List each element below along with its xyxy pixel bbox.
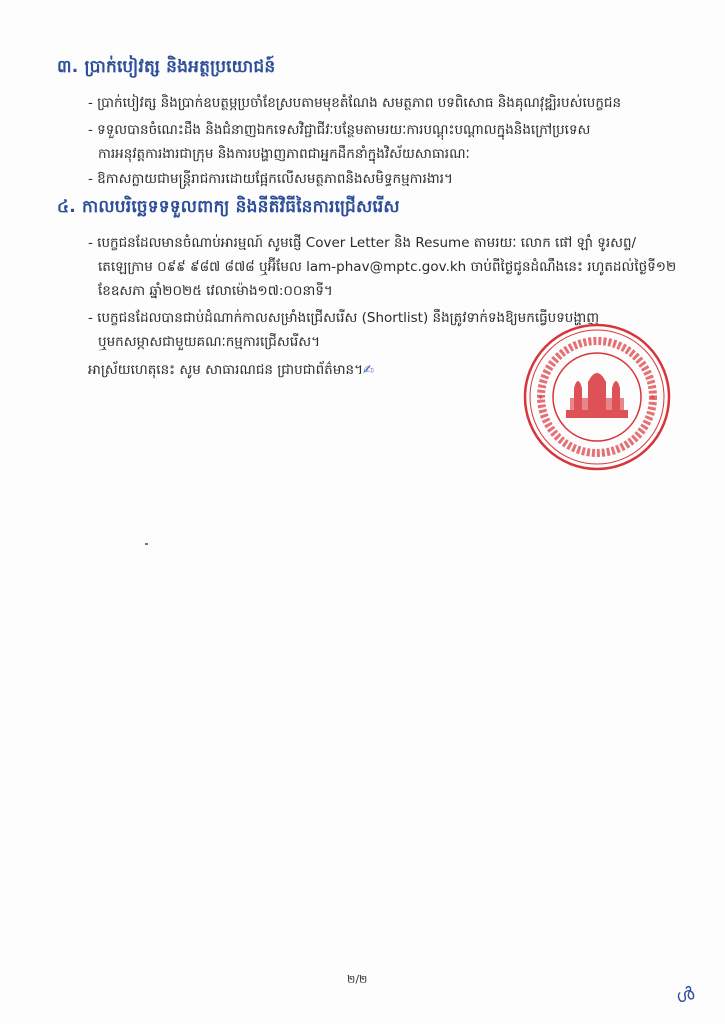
section-4-bullet-continued: ឬមកសម្ភាសជាមួយគណៈកម្មការជ្រើសរើស។ xyxy=(98,333,320,353)
section-3-bullet: - ទទួលបានចំណេះដឹង និងជំនាញឯកទេសវិជ្ជាជីវ… xyxy=(88,121,590,141)
section-3-heading: ៣. ប្រាក់បៀវត្ស និងអត្ថប្រយោជន៍ xyxy=(57,56,275,81)
signature-mark-icon: ✍ xyxy=(363,363,374,378)
page-number: ២/២ xyxy=(347,973,367,989)
section-3-bullet: - ប្រាក់បៀវត្ស និងប្រាក់ឧបត្ថម្ភប្រចាំខែ… xyxy=(88,94,621,114)
closing-text: អាស្រ័យហេតុនេះ សូម សាធារណជន ជ្រាបជាព័ត៌ម… xyxy=(88,362,363,378)
official-stamp-icon: * * xyxy=(522,322,672,472)
svg-text:*: * xyxy=(538,394,543,405)
section-4-bullet-continued: តេឡេក្រាម ០៩៩ ៩៨៧ ៨៧៨ ឬអ៊ីមែល lam-phav@m… xyxy=(98,258,676,278)
document-page: ៣. ប្រាក់បៀវត្ស និងអត្ថប្រយោជន៍ - ប្រាក់… xyxy=(0,0,725,1024)
closing-statement: អាស្រ័យហេតុនេះ សូម សាធារណជន ជ្រាបជាព័ត៌ម… xyxy=(88,361,374,381)
section-4-bullet-continued: ខែឧសភា ឆ្នាំ២០២៥ វេលាម៉ោង១៧:០០នាទី។ xyxy=(98,282,333,302)
section-3-bullet: - ឱកាសក្លាយជាមន្ត្រីរាជការដោយផ្អែកលើសមត្… xyxy=(88,170,453,190)
initial-mark: ൾ xyxy=(674,983,697,1008)
section-3-bullet-continued: ការអនុវត្តការងារជាក្រុម និងការបង្ហាញភាពជ… xyxy=(98,145,470,165)
scan-speck xyxy=(145,543,148,545)
section-4-bullet: - បេក្ខជនដែលមានចំណាប់អារម្មណ៍ សូមផ្ញើ Co… xyxy=(88,234,636,254)
section-4-heading: ៤. កាលបរិច្ឆេទទទួលពាក្យ និងនីតិវិធីនៃការ… xyxy=(57,196,400,221)
svg-text:*: * xyxy=(650,394,655,405)
